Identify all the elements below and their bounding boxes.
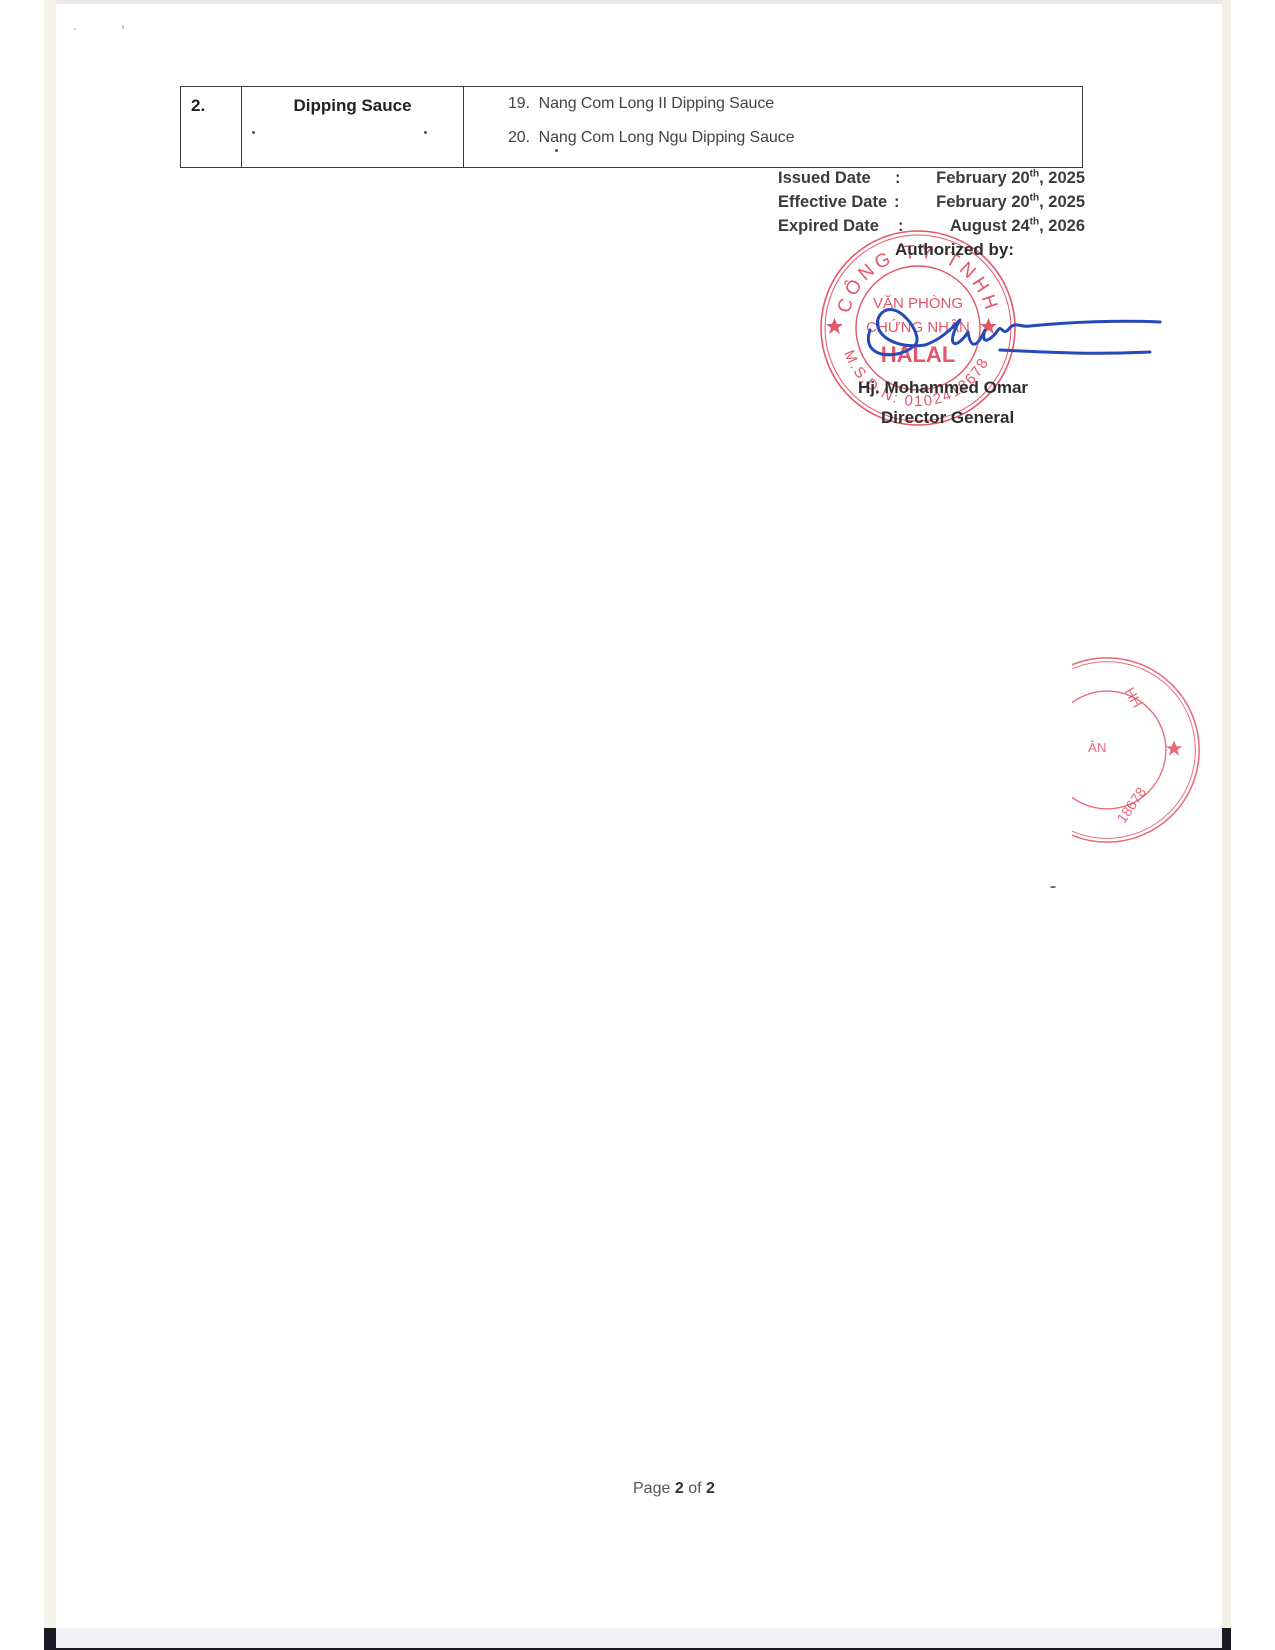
authorized-by-label: Authorized by: <box>895 240 1014 260</box>
issued-date-value: February 20th, 2025 <box>936 166 1085 190</box>
list-item: 19. Nang Com Long II Dipping Sauce <box>508 94 1082 128</box>
item-index: 19. <box>508 95 530 112</box>
scan-speck <box>122 25 124 29</box>
scan-speck <box>424 131 427 134</box>
issued-date-label: Issued Date <box>778 166 871 190</box>
signer-title: Director General <box>881 408 1014 428</box>
row-category: Dipping Sauce <box>241 87 463 167</box>
svg-text:HH: HH <box>1121 685 1145 711</box>
category-label: Dipping Sauce <box>293 96 411 115</box>
document-page <box>56 4 1222 1628</box>
signature <box>850 290 1170 390</box>
effective-date-colon: : <box>894 190 900 214</box>
page-bottom-shadow <box>56 1628 1222 1648</box>
star-icon <box>1166 741 1182 756</box>
scan-speck <box>1050 886 1056 888</box>
effective-date-row: Effective Date : February 20th, 2025 <box>770 190 1085 214</box>
scan-margin-left <box>44 0 56 1650</box>
svg-text:18678: 18678 <box>1114 785 1150 827</box>
row-items: 19. Nang Com Long II Dipping Sauce 20. N… <box>463 87 1082 167</box>
item-name: Nang Com Long II Dipping Sauce <box>539 95 774 112</box>
item-name: Nang Com Long Ngu Dipping Sauce <box>539 129 795 146</box>
product-table: 2. Dipping Sauce 19. Nang Com Long II Di… <box>180 86 1083 168</box>
scan-speck <box>74 28 76 30</box>
effective-date-value: February 20th, 2025 <box>936 190 1085 214</box>
svg-text:ÂN: ÂN <box>1088 740 1106 755</box>
issued-date-colon: : <box>895 166 901 190</box>
scan-margin-right <box>1222 0 1231 1650</box>
effective-date-label: Effective Date <box>778 190 887 214</box>
row-number: 2. <box>181 87 241 167</box>
item-index: 20. <box>508 129 530 146</box>
issued-date-row: Issued Date : February 20th, 2025 <box>770 166 1085 190</box>
list-item: 20. Nang Com Long Ngu Dipping Sauce <box>508 128 1082 162</box>
scan-speck <box>555 149 558 152</box>
page-number: Page 2 of 2 <box>633 1480 715 1498</box>
star-icon <box>826 318 843 334</box>
scan-speck <box>252 131 255 134</box>
